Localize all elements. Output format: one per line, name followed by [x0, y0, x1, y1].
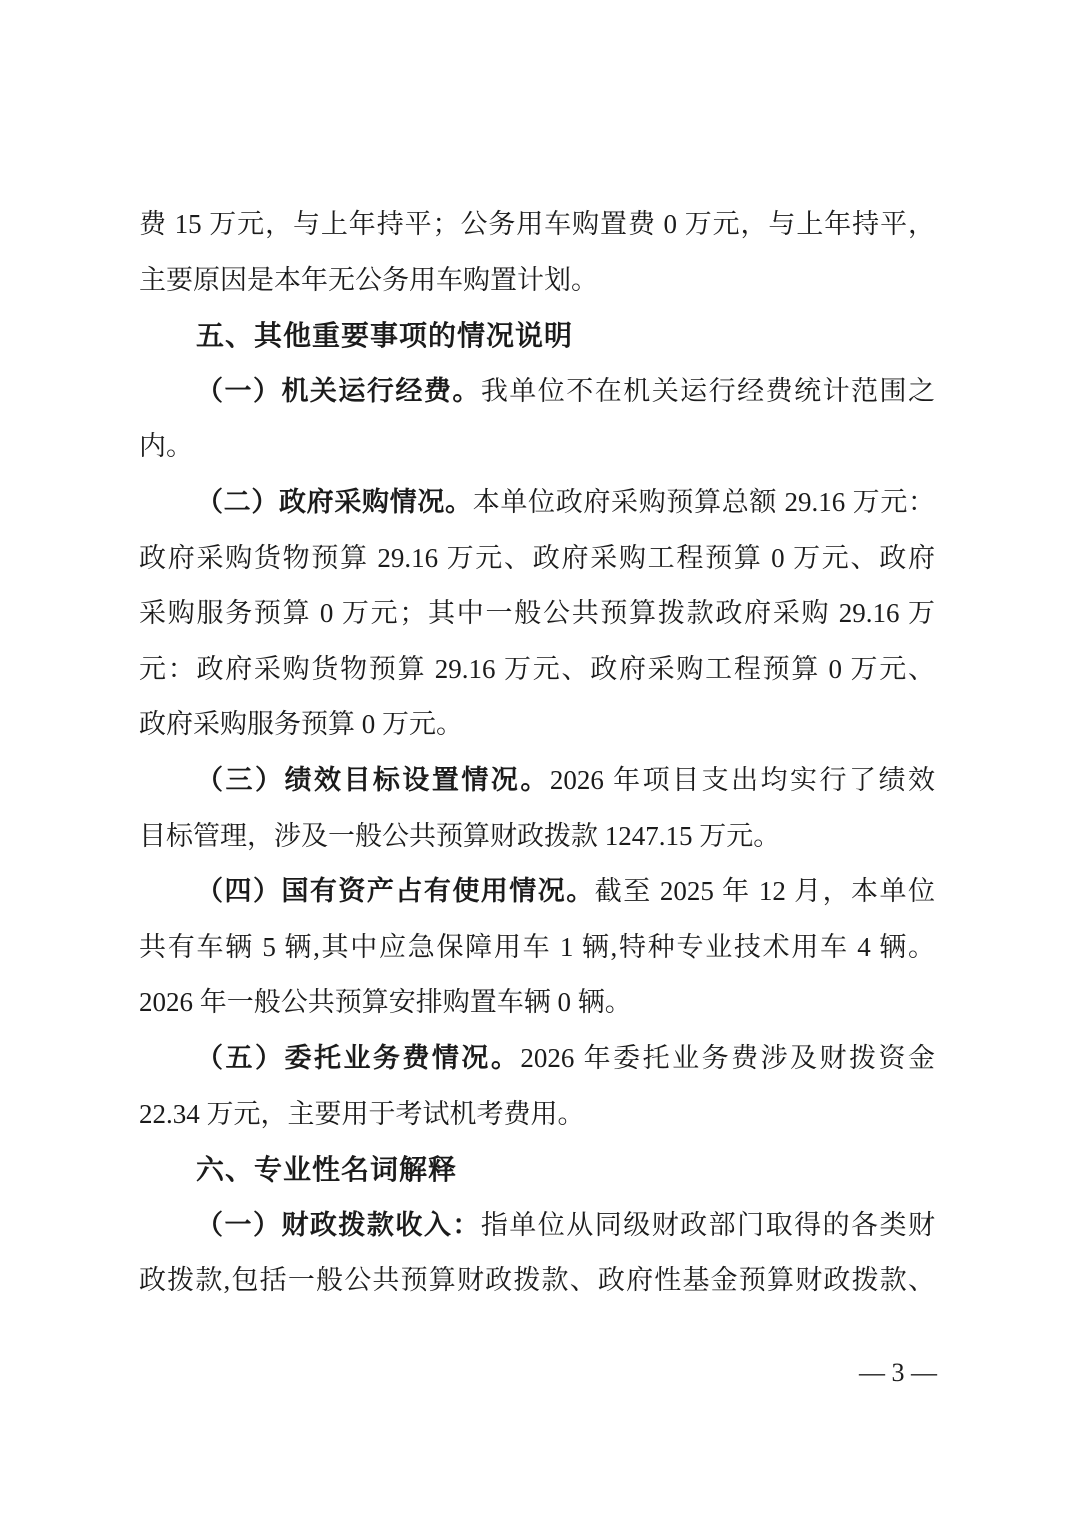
text-line: （二）政府采购情况。本单位政府采购预算总额 29.16 万元： [139, 475, 935, 531]
line-text: 2026 年一般公共预算安排购置车辆 0 辆。 [139, 987, 632, 1017]
item-label: （四）国有资产占有使用情况。 [196, 876, 595, 906]
item-label: （三）绩效目标设置情况。 [196, 765, 550, 795]
line-text: 2026 年项目支出均实行了绩效 [550, 765, 935, 795]
text-line: 元：政府采购货物预算 29.16 万元、政府采购工程预算 0 万元、 [139, 642, 935, 698]
text-line: （三）绩效目标设置情况。2026 年项目支出均实行了绩效 [139, 753, 935, 809]
text-line: 22.34 万元，主要用于考试机考费用。 [139, 1087, 935, 1143]
section-heading-6: 六、专业性名词解释 [139, 1142, 935, 1198]
line-text: 费 15 万元，与上年持平；公务用车购置费 0 万元，与上年持平， [139, 209, 935, 239]
line-text: 主要原因是本年无公务用车购置计划。 [139, 265, 598, 295]
page-footer: — 3 — [859, 1358, 937, 1388]
line-text: 共有车辆 5 辆,其中应急保障用车 1 辆,特种专业技术用车 4 辆。 [139, 932, 935, 962]
line-text: 我单位不在机关运行经费统计范围之 [481, 376, 935, 406]
line-text: 政府采购货物预算 29.16 万元、政府采购工程预算 0 万元、政府 [139, 543, 935, 573]
text-line: 政拨款,包括一般公共预算财政拨款、政府性基金预算财政拨款、 [139, 1253, 935, 1309]
item-label: （五）委托业务费情况。 [196, 1043, 520, 1073]
line-text: 截至 2025 年 12 月，本单位 [595, 876, 935, 906]
line-text: 22.34 万元，主要用于考试机考费用。 [139, 1099, 585, 1129]
page-number: — 3 — [859, 1358, 937, 1387]
line-text: 采购服务预算 0 万元；其中一般公共预算拨款政府采购 29.16 万 [139, 598, 935, 628]
text-line: 采购服务预算 0 万元；其中一般公共预算拨款政府采购 29.16 万 [139, 586, 935, 642]
text-line: 政府采购货物预算 29.16 万元、政府采购工程预算 0 万元、政府 [139, 531, 935, 587]
item-label: （二）政府采购情况。 [196, 487, 473, 517]
text-line: 费 15 万元，与上年持平；公务用车购置费 0 万元，与上年持平， [139, 197, 935, 253]
line-text: 目标管理，涉及一般公共预算财政拨款 1247.15 万元。 [139, 821, 780, 851]
document-page: 费 15 万元，与上年持平；公务用车购置费 0 万元，与上年持平， 主要原因是本… [0, 0, 1074, 1520]
text-line: 共有车辆 5 辆,其中应急保障用车 1 辆,特种专业技术用车 4 辆。 [139, 920, 935, 976]
line-text: 本单位政府采购预算总额 29.16 万元： [473, 487, 935, 517]
line-text: 指单位从同级财政部门取得的各类财 [481, 1210, 935, 1240]
line-text: 内。 [139, 431, 193, 461]
line-text: 2026 年委托业务费涉及财拨资金 [520, 1043, 935, 1073]
text-line: （四）国有资产占有使用情况。截至 2025 年 12 月，本单位 [139, 864, 935, 920]
document-body: 费 15 万元，与上年持平；公务用车购置费 0 万元，与上年持平， 主要原因是本… [139, 197, 935, 1309]
text-line: 主要原因是本年无公务用车购置计划。 [139, 253, 935, 309]
section-heading-5: 五、其他重要事项的情况说明 [139, 308, 935, 364]
heading-text: 六、专业性名词解释 [196, 1154, 457, 1185]
line-text: 政府采购服务预算 0 万元。 [139, 709, 463, 739]
text-line: 2026 年一般公共预算安排购置车辆 0 辆。 [139, 975, 935, 1031]
text-line: （一）财政拨款收入：指单位从同级财政部门取得的各类财 [139, 1198, 935, 1254]
line-text: 政拨款,包括一般公共预算财政拨款、政府性基金预算财政拨款、 [139, 1265, 935, 1295]
heading-text: 五、其他重要事项的情况说明 [196, 320, 573, 351]
text-line: 目标管理，涉及一般公共预算财政拨款 1247.15 万元。 [139, 809, 935, 865]
text-line: 内。 [139, 419, 935, 475]
text-line: （五）委托业务费情况。2026 年委托业务费涉及财拨资金 [139, 1031, 935, 1087]
item-label: （一）财政拨款收入： [196, 1210, 481, 1240]
text-line: （一）机关运行经费。我单位不在机关运行经费统计范围之 [139, 364, 935, 420]
line-text: 元：政府采购货物预算 29.16 万元、政府采购工程预算 0 万元、 [139, 654, 935, 684]
text-line: 政府采购服务预算 0 万元。 [139, 697, 935, 753]
item-label: （一）机关运行经费。 [196, 376, 481, 406]
